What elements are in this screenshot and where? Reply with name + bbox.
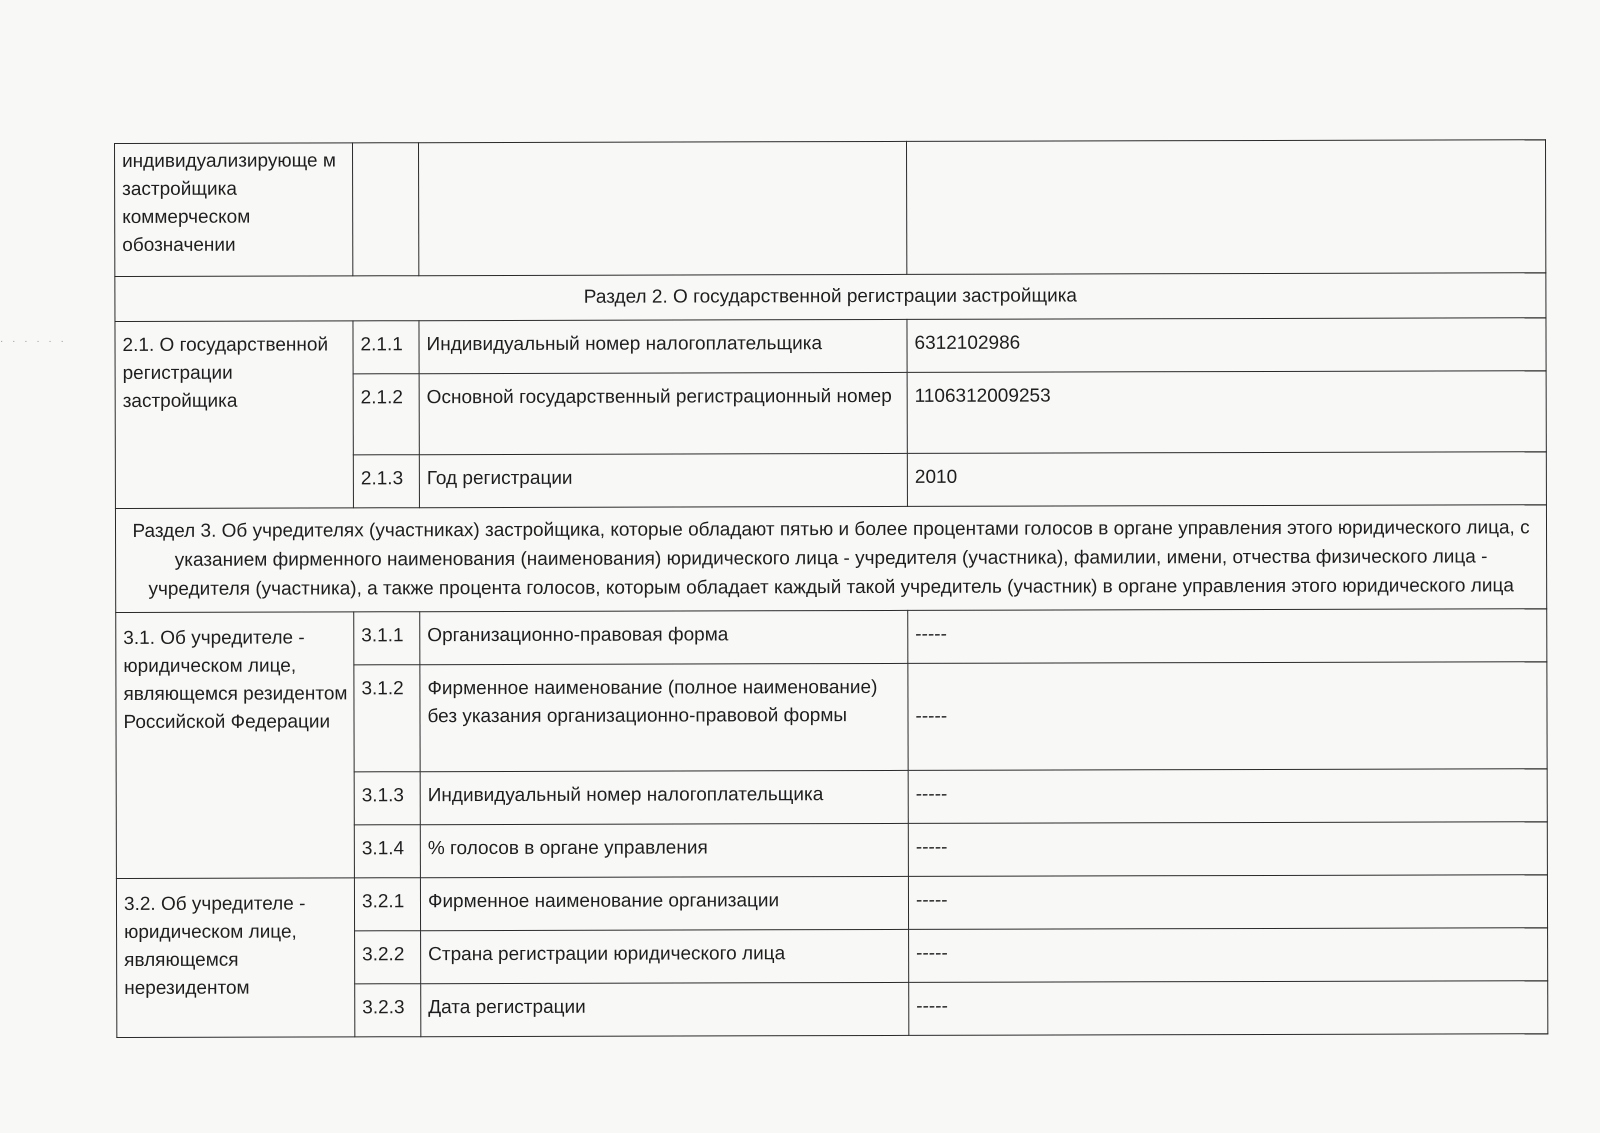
row-item [419, 141, 907, 275]
row-number: 2.1.2 [353, 374, 419, 455]
scan-artifact: · · · · · · [0, 336, 67, 347]
row-number: 2.1.3 [353, 455, 419, 508]
row-number: 2.1.1 [353, 321, 419, 374]
group-label-2-1: 2.1. О государственной регистрации застр… [115, 321, 353, 509]
inn-value: 6312102986 [907, 318, 1546, 373]
row-number: 3.1.1 [354, 612, 420, 665]
row-value: ----- [908, 609, 1547, 664]
group-label-3-1: 3.1. Об учредителе - юридическом лице, я… [116, 612, 355, 879]
row-number: 3.2.2 [355, 931, 421, 984]
group-label-3-2: 3.2. Об учредителе - юридическом лице, я… [116, 878, 354, 1038]
row-label: % голосов в органе управления [420, 823, 908, 877]
row-number [353, 143, 419, 276]
row-label: Год регистрации [419, 453, 907, 507]
row-label: Фирменное наименование организации [420, 876, 908, 930]
row-value: ----- [908, 875, 1547, 930]
row-value: ----- [909, 981, 1548, 1036]
row-number: 3.2.1 [354, 878, 420, 931]
section-3-title: Раздел 3. Об учредителях (участниках) за… [115, 505, 1546, 613]
row-label: Основной государственный регистрационный… [419, 372, 907, 454]
developer-info-table: индивидуализирующе м застройщика коммерч… [114, 139, 1548, 1038]
section-2-header-row: Раздел 2. О государственной регистрации … [115, 273, 1546, 322]
row-label: Фирменное наименование (полное наименова… [420, 663, 908, 771]
row-number: 3.1.4 [354, 825, 420, 878]
table-row-commercial-designation: индивидуализирующе м застройщика коммерч… [115, 140, 1546, 277]
row-label: Организационно-правовая форма [420, 610, 908, 664]
table-row: 3.1. Об учредителе - юридическом лице, я… [116, 609, 1547, 666]
row-value [906, 140, 1545, 275]
section-2-title: Раздел 2. О государственной регистрации … [115, 273, 1546, 322]
row-value: ----- [908, 822, 1547, 877]
row-value: ----- [908, 769, 1547, 824]
row-value: ----- [908, 662, 1547, 771]
row-label: Дата регистрации [421, 982, 909, 1036]
row-label: Страна регистрации юридического лица [421, 929, 909, 983]
row-label: Индивидуальный номер налогоплательщика [420, 770, 908, 824]
row-number: 3.2.3 [355, 984, 421, 1037]
ogrn-value: 1106312009253 [907, 371, 1546, 454]
row-label: Индивидуальный номер налогоплательщика [419, 319, 907, 373]
table-row: 2.1. О государственной регистрации застр… [115, 318, 1546, 375]
row-label: индивидуализирующе м застройщика коммерч… [115, 143, 353, 277]
table-row: 3.2. Об учредителе - юридическом лице, я… [116, 875, 1547, 932]
row-number: 3.1.3 [354, 772, 420, 825]
registration-year-value: 2010 [907, 452, 1546, 507]
scanned-page: · · · · · · индивидуализирующе м застрой… [0, 0, 1600, 1133]
row-value: ----- [909, 928, 1548, 983]
section-3-header-row: Раздел 3. Об учредителях (участниках) за… [115, 505, 1546, 613]
row-number: 3.1.2 [354, 665, 420, 772]
